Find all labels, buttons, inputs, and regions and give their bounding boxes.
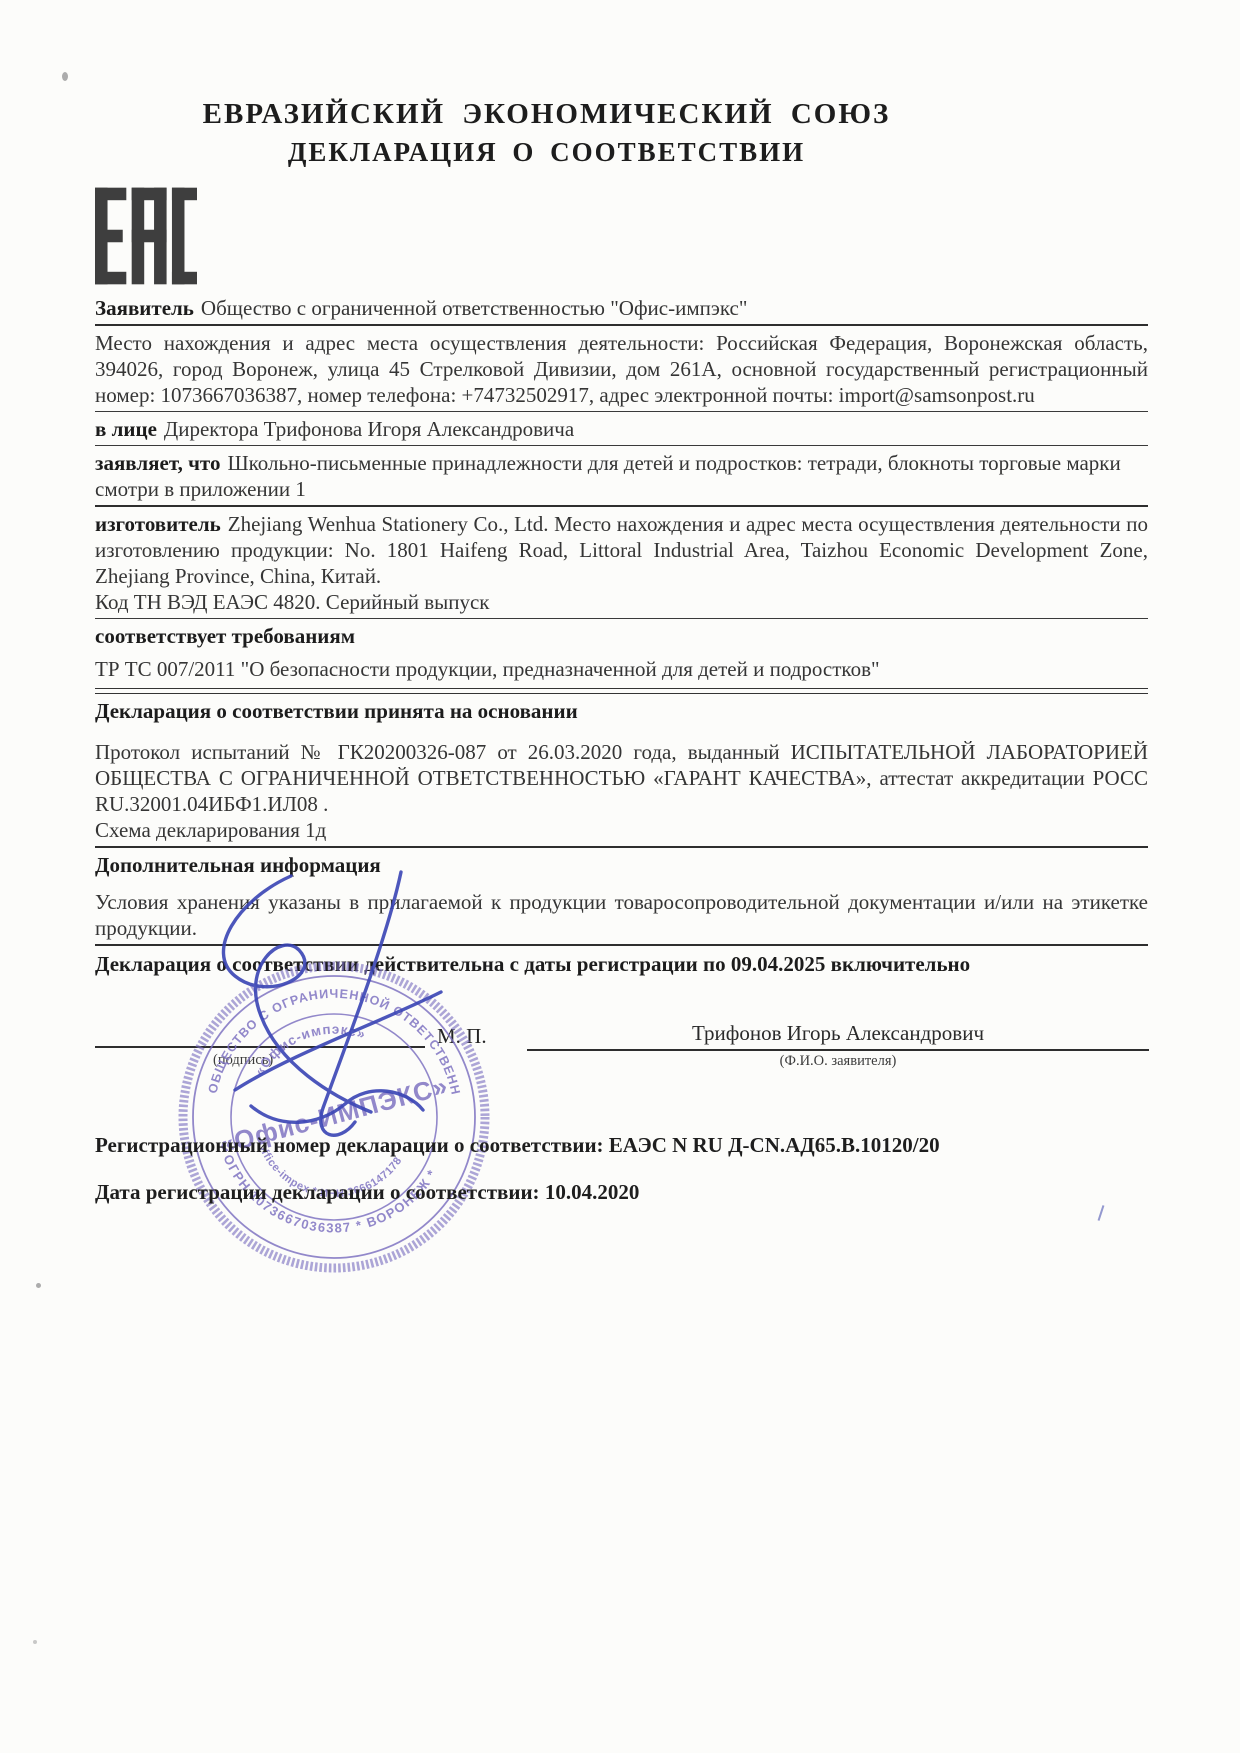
divider xyxy=(95,411,1148,412)
stamp-place-label: М. П. xyxy=(437,1024,487,1049)
divider-double xyxy=(95,688,1148,694)
declaration-subject-row: заявляет, чтоШкольно-письменные принадле… xyxy=(95,450,1148,502)
scan-speck xyxy=(36,1283,41,1288)
basis-header: Декларация о соответствии принята на осн… xyxy=(95,698,1148,725)
divider xyxy=(95,618,1148,619)
applicant-row: ЗаявительОбщество с ограниченной ответст… xyxy=(95,295,1148,321)
signature-caption: (подпись) xyxy=(213,1052,273,1069)
basis-protocol-text: Протокол испытаний № ГК20200326-087 от 2… xyxy=(95,739,1148,817)
manufacturer-row: изготовительZhejiang Wenhua Stationery C… xyxy=(95,511,1148,589)
in-person-row: в лицеДиректора Трифонова Игоря Александ… xyxy=(95,416,1148,442)
document-title-union: ЕВРАЗИЙСКИЙ ЭКОНОМИЧЕСКИЙ СОЮЗ xyxy=(95,96,998,132)
eac-mark-icon xyxy=(95,183,197,289)
divider xyxy=(95,944,1148,946)
declares-label: заявляет, что xyxy=(95,451,220,475)
stamp-inner-top-text: «Офис-импэкс» xyxy=(252,1022,368,1078)
additional-info-text: Условия хранения указаны в прилагаемой к… xyxy=(95,889,1148,941)
scan-speck xyxy=(62,72,68,81)
manufacturer-text: Zhejiang Wenhua Stationery Co., Ltd. Мес… xyxy=(95,512,1148,588)
registration-number-label: Регистрационный номер декларации о соотв… xyxy=(95,1133,604,1157)
divider xyxy=(95,324,1148,326)
declarant-name-caption: (Ф.И.О. заявителя) xyxy=(527,1053,1149,1070)
registration-date-row: Дата регистрации декларации о соответств… xyxy=(95,1179,1148,1206)
declarant-name-block: Трифонов Игорь Александрович (Ф.И.О. зая… xyxy=(527,1020,1149,1070)
declarant-name: Трифонов Игорь Александрович xyxy=(527,1020,1149,1051)
applicant-text: Общество с ограниченной ответственностью… xyxy=(201,296,748,320)
address-row: Место нахождения и адрес места осуществл… xyxy=(95,330,1148,408)
additional-info-header: Дополнительная информация xyxy=(95,852,1148,879)
scan-speck xyxy=(33,1640,37,1644)
in-person-text: Директора Трифонова Игоря Александровича xyxy=(164,417,574,441)
tnved-code-row: Код ТН ВЭД ЕАЭС 4820. Серийный выпуск xyxy=(95,589,1148,615)
requirements-header: соответствует требованиям xyxy=(95,623,1148,650)
manufacturer-label: изготовитель xyxy=(95,512,221,536)
in-person-label: в лице xyxy=(95,417,157,441)
requirements-text: ТР ТС 007/2011 "О безопасности продукции… xyxy=(95,656,1148,682)
declaration-scheme-row: Схема декларирования 1д xyxy=(95,817,1148,843)
applicant-label: Заявитель xyxy=(95,296,194,320)
registration-number-value: ЕАЭС N RU Д-CN.АД65.В.10120/20 xyxy=(609,1133,940,1157)
pen-mark xyxy=(1098,1205,1105,1221)
document-title-declaration: ДЕКЛАРАЦИЯ О СООТВЕТСТВИИ xyxy=(95,135,998,169)
declares-text: Школьно-письменные принадлежности для де… xyxy=(95,451,1121,501)
svg-text:«Офис-импэкс»: «Офис-импэкс» xyxy=(252,1022,368,1078)
signature-line xyxy=(95,1046,425,1048)
eac-logo xyxy=(95,183,1148,291)
divider xyxy=(95,846,1148,848)
registration-date-label: Дата регистрации декларации о соответств… xyxy=(95,1180,540,1204)
validity-row: Декларация о соответствии действительна … xyxy=(95,951,1148,978)
registration-date-value: 10.04.2020 xyxy=(545,1180,640,1204)
signature-block: (подпись) М. П. Трифонов Игорь Александр… xyxy=(95,1002,1148,1124)
divider xyxy=(95,505,1148,507)
divider xyxy=(95,445,1148,446)
registration-number-row: Регистрационный номер декларации о соотв… xyxy=(95,1132,1148,1159)
declaration-document-page: ЕВРАЗИЙСКИЙ ЭКОНОМИЧЕСКИЙ СОЮЗ ДЕКЛАРАЦИ… xyxy=(0,0,1240,1753)
